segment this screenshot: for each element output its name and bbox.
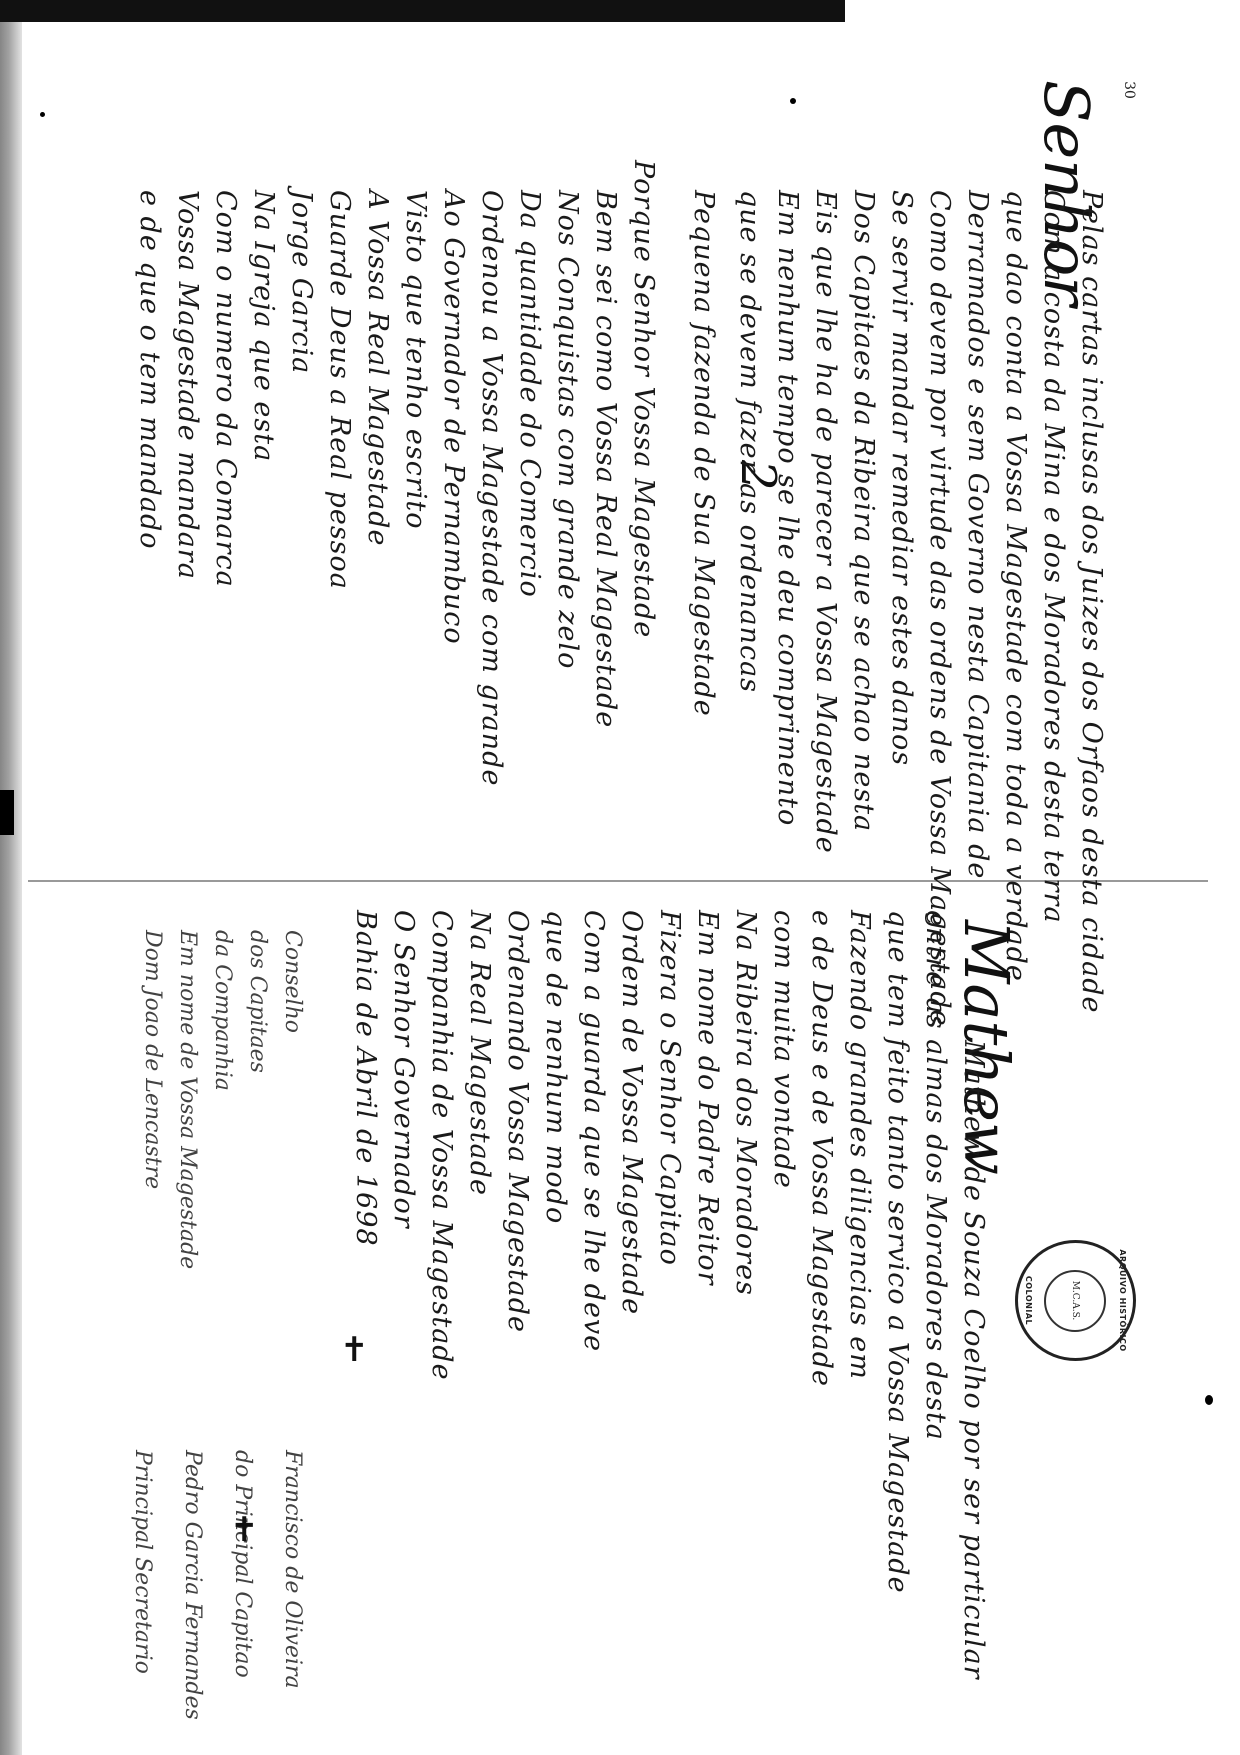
- manuscript-line: Ordenou a Vossa Magestade com grande: [478, 190, 505, 786]
- manuscript-line: e de que o tem mandado: [136, 190, 163, 550]
- signature-block-line: da Companhia: [210, 930, 235, 1091]
- archive-stamp: ARQUIVO HISTÓRICO M.C.A.S. COLONIAL: [1015, 1240, 1136, 1361]
- manuscript-line: Companhia de Vossa Magestade: [428, 910, 455, 1381]
- manuscript-line: Dos Capitaes da Ribeira que se achao nes…: [850, 190, 877, 832]
- scan-left-mark: [0, 790, 14, 835]
- manuscript-line: Fizera o Senhor Capitao: [656, 910, 683, 1266]
- manuscript-line: Na Ribeira dos Moradores: [732, 910, 759, 1296]
- signature-block-line: Conselho: [280, 930, 305, 1033]
- manuscript-line: Ordem de Vossa Magestade: [618, 910, 645, 1315]
- manuscript-line: Nos Conquistas com grande zelo: [554, 190, 581, 669]
- stamp-outer-text: ARQUIVO HISTÓRICO: [1118, 1243, 1127, 1358]
- ink-spot: [790, 98, 796, 104]
- stamp-outer-text-bottom: COLONIAL: [1024, 1243, 1033, 1358]
- manuscript-line: Na Real Magestade: [466, 910, 493, 1196]
- manuscript-line: que se devem fazer as ordenancas: [736, 190, 763, 693]
- manuscript-line: Com a costa da Mina e dos Moradores dest…: [1040, 190, 1067, 924]
- manuscript-line: Visto que tenho escrito: [402, 190, 429, 530]
- manuscript-line: Jorge Garcia: [288, 190, 315, 374]
- scan-top-border: [0, 0, 845, 22]
- manuscript-line: Mathew de Souza Coelho por ser particula…: [960, 1040, 987, 1680]
- manuscript-line: que dao conta a Vossa Magestade com toda…: [1002, 190, 1029, 982]
- manuscript-line: que tem feito tanto servico a Vossa Mage…: [884, 910, 911, 1594]
- manuscript-line: entre as almas dos Moradores desta: [922, 910, 949, 1441]
- manuscript-line: que de nenhum modo: [542, 910, 569, 1224]
- page-fold-line: [28, 880, 1208, 882]
- signature-block-line: Em nome de Vossa Magestade: [175, 930, 200, 1269]
- signature: do Principal Capitao: [230, 1450, 255, 1678]
- manuscript-line: Em nenhum tempo se lhe deu comprimento: [774, 190, 801, 826]
- manuscript-line: Na Igreja que esta: [250, 190, 277, 462]
- manuscript-line: Vossa Magestade mandara: [174, 190, 201, 580]
- manuscript-line: com muita vontade: [770, 910, 797, 1189]
- manuscript-line: Ordenando Vossa Magestade: [504, 910, 531, 1333]
- signature: Principal Secretario: [130, 1450, 155, 1674]
- signature-block-line: Dom Joao de Lencastre: [140, 930, 165, 1189]
- manuscript-line: Com a guarda que se lhe deve: [580, 910, 607, 1352]
- manuscript-line: Ao Governador de Pernambuco: [440, 190, 467, 645]
- manuscript-line: Fazendo grandes diligencias em: [846, 910, 873, 1380]
- scan-left-edge-shadow: [0, 22, 22, 1755]
- signature-block-line: dos Capitaes: [245, 930, 270, 1073]
- manuscript-line: Em nome do Padre Reitor: [694, 910, 721, 1286]
- manuscript-line: Pequena fazenda de Sua Magestade: [690, 190, 717, 717]
- top-page: Senhor 2 Pelas cartas inclusas dos Juize…: [30, 40, 1210, 860]
- manuscript-line: Da quantidade do Comercio: [516, 190, 543, 598]
- manuscript-line: Porque Senhor Vossa Magestade: [630, 160, 657, 638]
- manuscript-line: Eis que lhe ha de parecer a Vossa Magest…: [812, 190, 839, 854]
- ink-spot: [1205, 1395, 1213, 1405]
- manuscript-line: Guarde Deus a Real pessoa: [326, 190, 353, 590]
- manuscript-line: Se servir mandar remediar estes danos: [888, 190, 915, 766]
- ink-spot: [40, 112, 45, 117]
- signature: Pedro Garcia Fernandes: [180, 1450, 205, 1720]
- manuscript-line: Derramados e sem Governo nesta Capitania…: [964, 190, 991, 879]
- manuscript-line: e de Deus e de Vossa Magestade: [808, 910, 835, 1387]
- stamp-emblem: M.C.A.S.: [1045, 1270, 1107, 1332]
- manuscript-line: Com o numero da Comarca: [212, 190, 239, 588]
- manuscript-line: Bahia de Abril de 1698: [352, 910, 379, 1247]
- manuscript-line: Bem sei como Vossa Real Magestade: [592, 190, 619, 728]
- cross-mark: ✝: [230, 1510, 259, 1550]
- manuscript-line: O Senhor Governador: [390, 910, 417, 1229]
- manuscript-line: A Vossa Real Magestade: [364, 190, 391, 546]
- signature: Francisco de Oliveira: [280, 1450, 305, 1689]
- cross-mark: ✝: [340, 1330, 369, 1370]
